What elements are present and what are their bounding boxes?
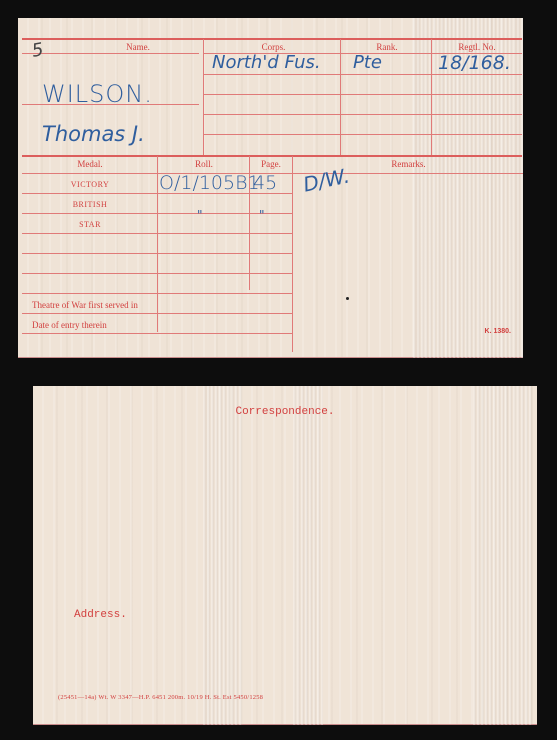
corps-header: Corps. (206, 42, 341, 52)
roll-ditto: " (197, 208, 203, 222)
rule (22, 233, 292, 234)
corps-value: North'd Fus. (212, 52, 321, 73)
theatre-label: Theatre of War first served in (32, 300, 138, 310)
rule (204, 114, 522, 115)
roll-value: O/1/105B1 (159, 172, 260, 194)
form-number: K. 1380. (485, 328, 511, 335)
top-rule (22, 38, 522, 40)
rule (22, 333, 292, 334)
divider (340, 39, 341, 155)
scan-streaks (473, 386, 533, 725)
medal-card-front: Name. Corps. Rank. Regtl. No. 5 WILSON. … (18, 18, 523, 358)
correspondence-heading: Correspondence. (33, 406, 537, 418)
rank-header: Rank. (342, 42, 432, 52)
regtl-no-header: Regtl. No. (432, 42, 522, 52)
medal-victory-label: Victory (22, 180, 158, 189)
page-value: 45 (253, 172, 277, 194)
surname-value: WILSON. (42, 80, 153, 108)
scan-streaks (293, 386, 323, 725)
scan-streaks (203, 386, 243, 725)
rule (22, 313, 292, 314)
address-label: Address. (74, 609, 127, 621)
rank-value: Pte (353, 52, 382, 73)
divider (292, 156, 293, 352)
section-rule (22, 155, 522, 157)
medal-star-label: Star (22, 220, 158, 229)
name-header: Name. (78, 42, 198, 52)
page-ditto: " (259, 208, 265, 222)
roll-header: Roll. (158, 159, 250, 169)
divider (203, 39, 204, 155)
page-header: Page. (250, 159, 292, 169)
divider (431, 39, 432, 155)
medal-card-back: Correspondence. Address. (25451—14a) Wt.… (33, 386, 537, 725)
medal-british-label: British (22, 200, 158, 209)
rule (22, 293, 292, 294)
rule (204, 134, 522, 135)
medal-header: Medal. (22, 159, 158, 169)
rule (204, 94, 522, 95)
date-of-entry-label: Date of entry therein (32, 320, 107, 330)
printer-imprint: (25451—14a) Wt. W 3347—H.P. 6451 200m. 1… (58, 694, 263, 701)
paper-speck (346, 297, 349, 300)
regtl-no-value: 18/168. (438, 52, 511, 74)
rule (22, 213, 292, 214)
rule (22, 253, 292, 254)
rule (204, 74, 522, 75)
rule (22, 273, 292, 274)
index-mark: 5 (30, 39, 45, 62)
forenames-value: Thomas J. (42, 122, 145, 146)
rule (22, 53, 199, 54)
